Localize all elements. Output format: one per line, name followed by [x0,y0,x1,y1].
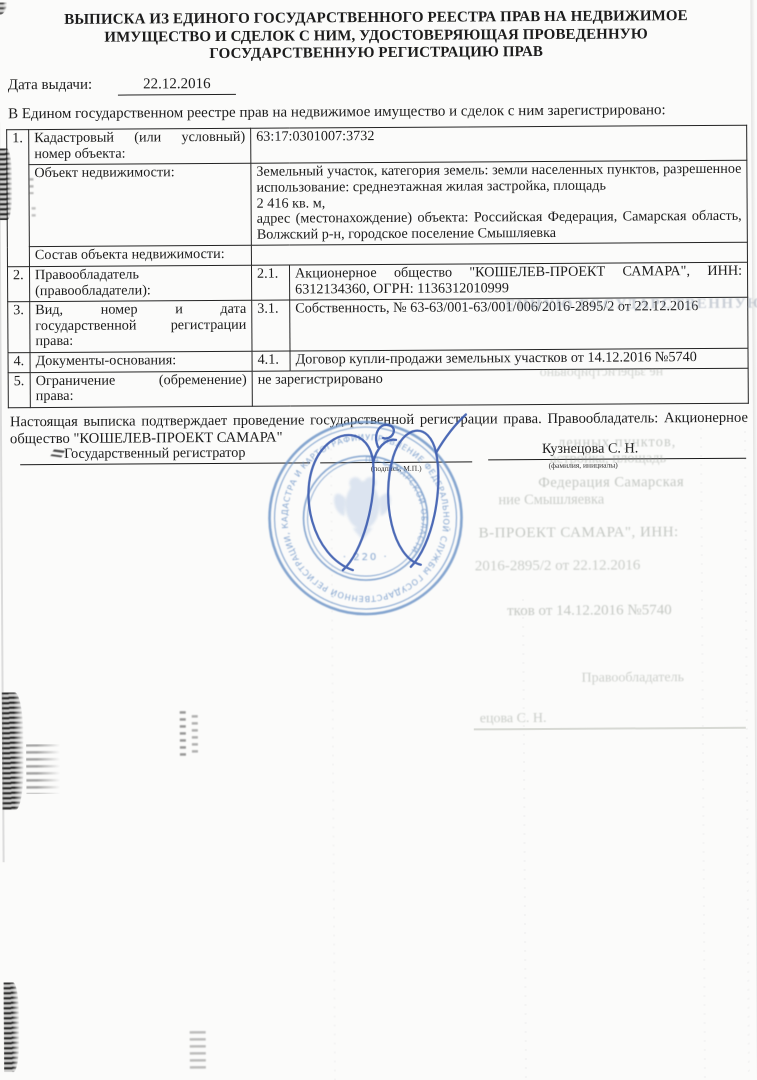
scan-dash-marks [190,1031,206,1071]
table-row: 1. Кадастровый (или условный) номер объе… [7,125,747,165]
ghost-text: 2016-2895/2 от 22.12.2016 [475,557,641,575]
row-value: не зарегистрировано [252,368,748,406]
row-label: Правообладатель (правообладатели): [29,265,251,302]
document-title: ВЫПИСКА ИЗ ЕДИНОГО ГОСУДАРСТВЕННОГО РЕЕС… [43,8,708,65]
ghost-text: тков от 14.12.2016 №5740 [507,602,672,620]
scan-dash-marks [192,715,198,755]
row-number: 5. [8,372,30,407]
row-label: Состав объекта недвижимости: [29,246,251,267]
intro-paragraph: В Едином государственном реестре прав на… [8,102,755,124]
row-number: 2. [7,267,29,302]
scan-smudge-mid-left [2,692,25,810]
ghost-line [474,727,746,730]
ghost-text: ецова С. Н. [480,711,547,727]
stamp-number: · 220 · [343,552,389,563]
row-value: 63:17:0301007:3732 [251,125,747,163]
registrar-label: Государственный регистратор [64,445,245,463]
row-label: Документы-основания: [30,351,252,372]
ghost-text: Федерация Самарская [538,474,684,492]
row-label: Кадастровый (или условный) номер объекта… [29,128,251,165]
row-number: 3. [8,302,30,353]
row-value: Акционерное общество "КОШЕЛЕВ-ПРОЕКТ САМ… [289,262,747,300]
ghost-text: ЕННУЮ ГОСУДАРСТВЕННУЮ [505,296,757,315]
ghost-text: В-ПРОЕКТ САМАРА", ИНН: [479,524,679,542]
scan-dash-marks [180,711,186,757]
scan-streaks [26,744,62,794]
row-label: Ограничение (обременение) права: [30,371,252,408]
scan-speck [32,207,36,217]
row-subnumber: 3.1. [252,300,290,351]
row-number: 4. [8,353,30,373]
scan-corner-mark [0,2,7,15]
scan-faint-column [522,599,527,1079]
issue-date-label: Дата выдачи: [8,77,104,95]
table-row: Объект недвижимости: Земельный участок, … [7,161,747,248]
issue-date-value: 22.12.2016 [118,76,236,96]
ghost-text: Правообладатель [581,670,684,687]
scan-smudge-top-left [0,148,13,220]
scanned-document-page: ВЫПИСКА ИЗ ЕДИНОГО ГОСУДАРСТВЕННОГО РЕЕС… [0,0,757,1080]
scan-speck [29,178,33,194]
row-subnumber: 4.1. [252,351,290,371]
row-subnumber: 2.1. [251,265,289,300]
scan-smudge-bottom-left [3,982,20,1072]
scan-faint-column [330,430,336,1080]
issue-date-line: Дата выдачи:22.12.2016 [8,73,755,97]
ghost-text-mirrored: не зарегистрировано [540,364,664,381]
ghost-text: ние Смышляевка [498,492,604,510]
scan-faint-column [744,422,750,1078]
row-label: Объект недвижимости: [29,164,251,247]
sign-caption: (подпись, М.П.) [320,463,472,473]
page-edge-shadow [750,0,757,1078]
ghost-text: астройка, площадь [550,450,666,468]
row-value: Земельный участок, категория земель: зем… [251,161,747,246]
ghost-text: ленных пунктов, [558,434,676,452]
scan-faint-column [700,428,706,1078]
row-label: Вид, номер и дата государственной регист… [30,300,252,352]
